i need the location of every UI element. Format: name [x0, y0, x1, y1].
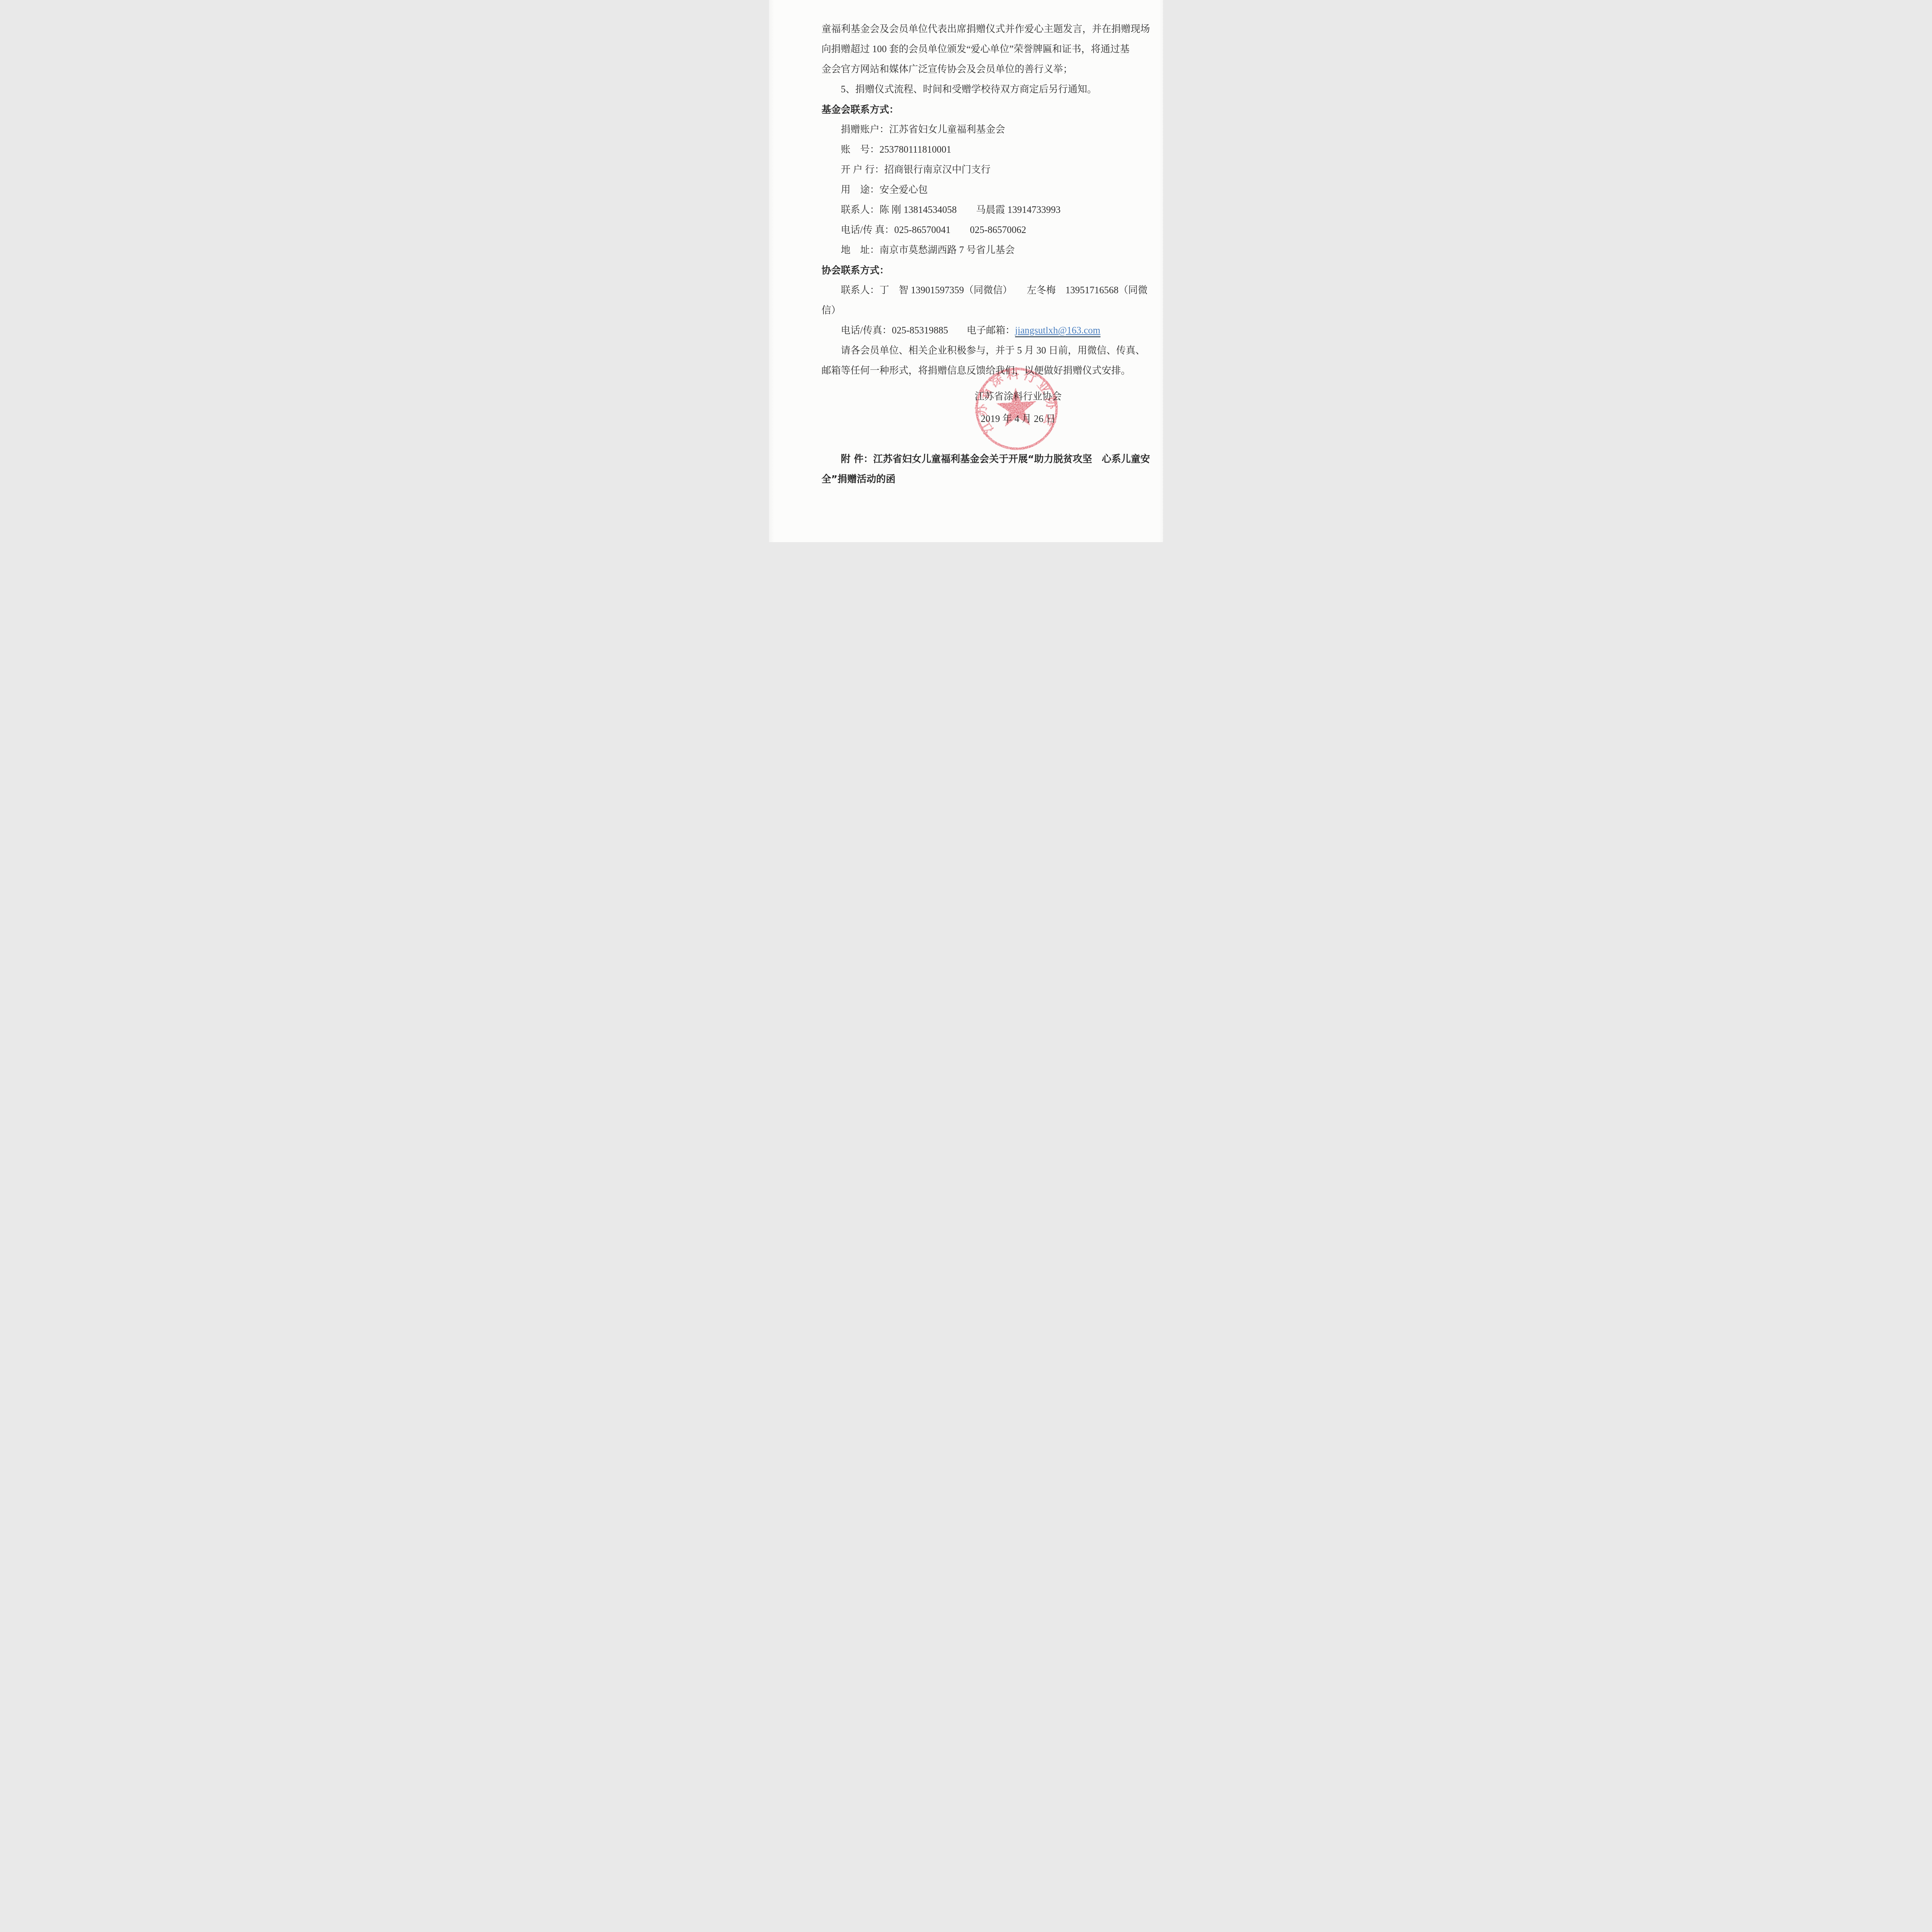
signature-organization: 江苏省涂料行业协会: [962, 387, 1074, 406]
signature-date: 2019 年 4 月 26 日: [962, 410, 1074, 429]
foundation-phone-fax: 电话/传 真：025-86570041 025-86570062: [821, 220, 1151, 240]
foundation-account-name: 捐赠账户：江苏省妇女儿童福利基金会: [821, 120, 1151, 140]
closing-line-1: 请各会员单位、相关企业积极参与，并于 5 月 30 日前，用微信、传真、: [821, 341, 1151, 361]
foundation-contacts: 联系人：陈 刚 13814534058 马晨霞 13914733993: [821, 200, 1151, 220]
foundation-bank: 开 户 行：招商银行南京汉中门支行: [821, 160, 1151, 180]
attachment-line-1: 附 件：江苏省妇女儿童福利基金会关于开展“助力脱贫攻坚 心系儿童安: [821, 449, 1151, 469]
email-link[interactable]: jiangsutlxh@163.com: [1015, 325, 1100, 337]
list-item-5: 5、捐赠仪式流程、时间和受赠学校待双方商定后另行通知。: [821, 80, 1151, 100]
foundation-account-number: 账 号：253780111810001: [821, 140, 1151, 160]
intro-line-2: 向捐赠超过 100 套的会员单位颁发“爱心单位”荣誉牌匾和证书，将通过基: [821, 39, 1151, 60]
association-phone-fax: 电话/传真：025-85319885: [841, 325, 948, 336]
closing-line-2: 邮箱等任何一种形式，将捐赠信息反馈给我们，以便做好捐赠仪式安排。: [821, 361, 1151, 381]
association-contact-heading: 协会联系方式：: [821, 260, 1151, 281]
association-phone-email-line: 电话/传真：025-85319885电子邮箱：jiangsutlxh@163.c…: [821, 321, 1151, 341]
association-contacts: 联系人：丁 智 13901597359（同微信） 左冬梅 13951716568…: [821, 281, 1151, 321]
foundation-address: 地 址：南京市莫愁湖西路 7 号省儿基会: [821, 240, 1151, 260]
signature-block: 江苏省涂料行业协会 2019 年 4 月 26 日: [962, 387, 1074, 429]
intro-line-1: 童福利基金会及会员单位代表出席捐赠仪式并作爱心主题发言，并在捐赠现场: [821, 19, 1151, 39]
intro-line-3: 金会官方网站和媒体广泛宣传协会及会员单位的善行义举；: [821, 60, 1151, 80]
attachment-note: 附 件：江苏省妇女儿童福利基金会关于开展“助力脱贫攻坚 心系儿童安 全”捐赠活动…: [821, 449, 1151, 489]
foundation-purpose: 用 途：安全爱心包: [821, 180, 1151, 200]
scanned-letter-page: 童福利基金会及会员单位代表出席捐赠仪式并作爱心主题发言，并在捐赠现场 向捐赠超过…: [769, 0, 1163, 542]
foundation-contact-heading: 基金会联系方式：: [821, 100, 1151, 120]
letter-body: 童福利基金会及会员单位代表出席捐赠仪式并作爱心主题发言，并在捐赠现场 向捐赠超过…: [821, 19, 1151, 381]
association-email-label: 电子邮箱：: [967, 325, 1015, 336]
attachment-line-2: 全”捐赠活动的函: [821, 469, 1151, 489]
